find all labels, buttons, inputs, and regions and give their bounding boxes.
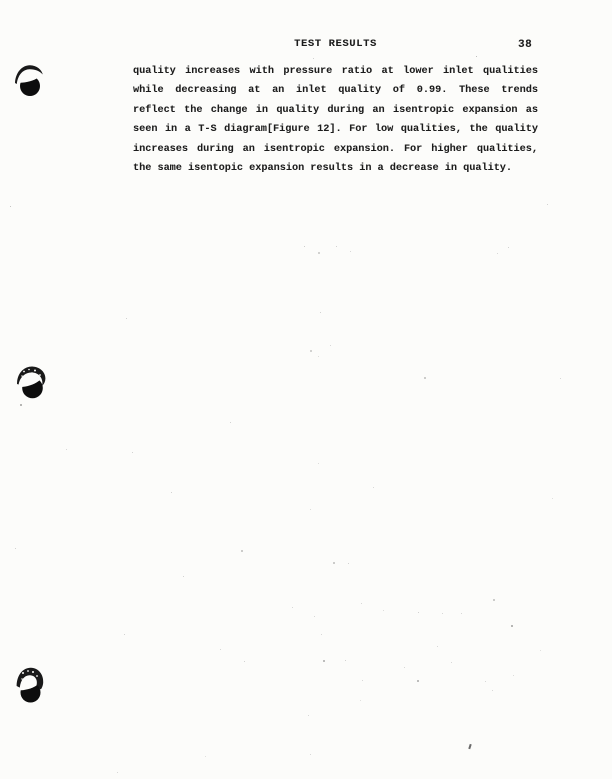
scanned-page: TEST RESULTS 38 quality increases with p… [0,0,612,779]
scan-speck [205,756,206,757]
paragraph-line: seen in a T-S diagram[Figure 12]. For lo… [133,120,538,139]
scan-speck [437,646,438,647]
scan-speck [485,681,486,682]
scan-speck [20,404,22,406]
scan-speck [318,252,320,254]
scan-speck [461,613,462,614]
scan-speck [330,345,331,346]
scan-speck [15,548,16,549]
scan-speck [424,377,426,379]
scan-speck [321,634,322,635]
hole-punch-mark-icon [15,364,48,401]
scan-speck [241,550,243,552]
scan-speck [310,509,311,510]
scan-speck [66,449,67,450]
scan-speck [493,599,495,601]
scan-speck [497,253,498,254]
scan-speck [492,690,493,691]
scan-speck [360,700,361,701]
scan-speck [220,649,221,650]
scan-speck [476,56,477,57]
paragraph-line: increases during an isentropic expansion… [133,140,538,159]
scan-speck [383,610,384,611]
scan-speck [310,754,311,755]
scan-speck [310,350,312,352]
scan-speck [308,715,309,716]
scan-speck [442,613,443,614]
paragraph-line: quality increases with pressure ratio at… [133,62,538,81]
scan-speck [292,607,293,608]
body-paragraph: quality increases with pressure ratio at… [133,62,538,178]
paragraph-line: while decreasing at an inlet quality of … [133,81,538,100]
scan-speck [451,662,452,663]
scan-speck [404,667,405,668]
scan-speck [417,680,419,682]
scan-speck [230,422,231,423]
scan-speck [508,247,509,248]
section-title: TEST RESULTS [133,38,538,50]
scan-speck [540,650,541,651]
scan-speck [126,318,127,319]
scan-speck [418,612,419,613]
scan-speck [362,680,363,681]
scan-speck [117,772,118,773]
scan-speck [348,563,349,564]
scan-speck [511,625,513,627]
scan-speck [547,204,548,205]
scan-speck [10,206,11,207]
scan-speck [313,58,314,59]
scan-speck [350,251,351,252]
scan-speck [314,616,315,617]
scan-speck [244,661,245,662]
scan-speck [552,498,553,499]
scan-speck [336,246,337,247]
scan-speck [132,452,133,453]
scan-speck [513,675,514,676]
scan-speck [318,463,319,464]
hole-punch-mark-icon [13,62,44,98]
scan-speck [320,312,321,313]
scan-speck [333,562,335,564]
scan-speck [373,487,374,488]
scan-speck [183,576,184,577]
scan-speck [560,378,561,379]
page-number: 38 [518,39,532,51]
scan-speck [323,660,325,662]
scan-speck [345,660,346,661]
scan-speck [318,356,319,357]
paragraph-line: the same isentopic expansion results in … [133,159,538,178]
paragraph-line: reflect the change in quality during an … [133,101,538,120]
scan-speck [361,603,362,604]
scan-speck [304,246,305,247]
stray-mark [468,744,471,749]
scan-speck [171,492,172,493]
scan-speck [124,634,125,635]
hole-punch-mark-icon [14,665,46,704]
